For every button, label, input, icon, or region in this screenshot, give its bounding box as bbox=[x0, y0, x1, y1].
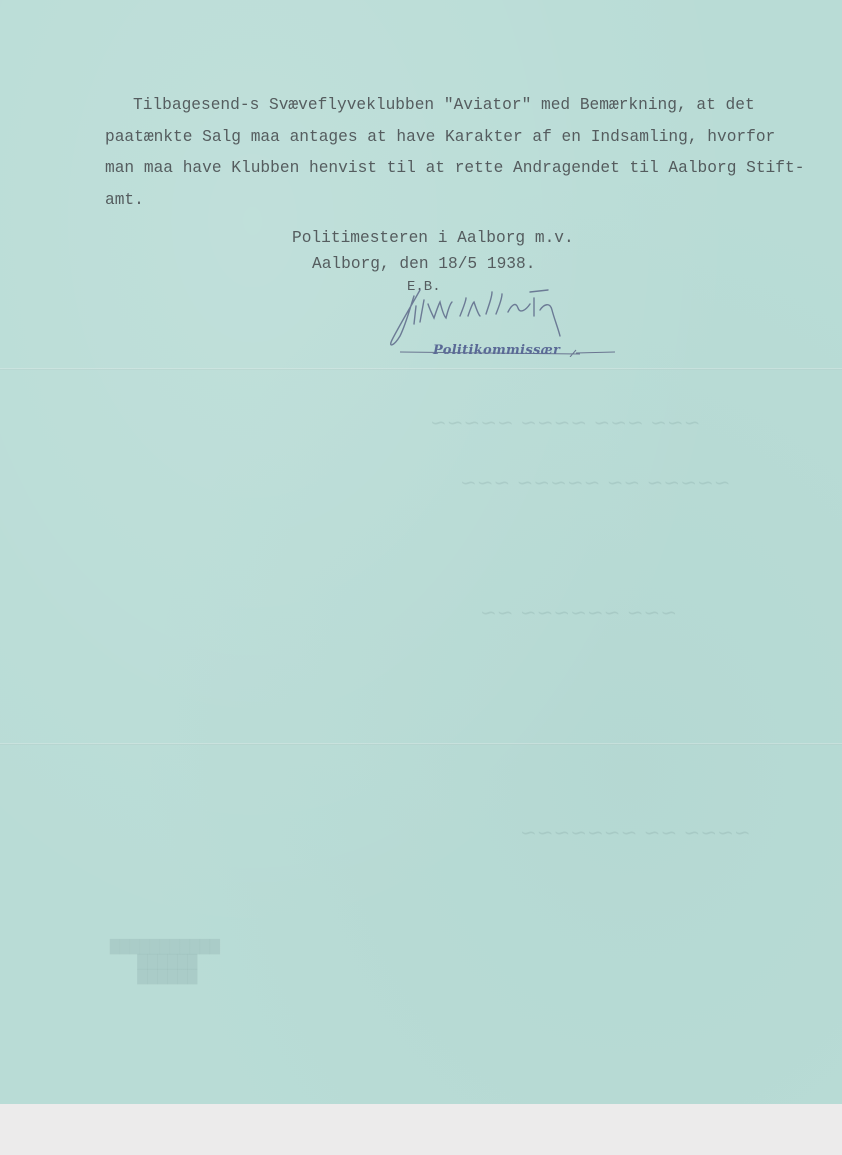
bleed-through-text: ~~~ ~~~ ~~~~ ~~~~~ bbox=[430, 410, 713, 434]
letter-paper: ~~~ ~~~ ~~~~ ~~~~~ ~~~~~ ~~ ~~~~~ ~~~ ~~… bbox=[0, 0, 842, 1104]
body-line-1: Tilbagesend-s Svæveflyveklubben "Aviator… bbox=[133, 97, 755, 113]
bleed-through-text: ~~~ ~~~~~~ ~~ bbox=[480, 600, 677, 624]
body-line-4: amt. bbox=[105, 192, 144, 208]
bleed-through-text: ~~~~~ ~~ ~~~~~ ~~~ bbox=[460, 470, 730, 494]
body-line-3: man maa have Klubben henvist til at rett… bbox=[105, 160, 804, 176]
body-line-2: paatænkte Salg maa antages at have Karak… bbox=[105, 129, 775, 145]
place-date-line: Aalborg, den 18/5 1938. bbox=[312, 256, 535, 272]
fold-line-upper bbox=[0, 368, 842, 370]
title-stamp: Politikommissær bbox=[433, 343, 560, 358]
sender-line: Politimesteren i Aalborg m.v. bbox=[292, 230, 574, 246]
bleed-through-stamp: ███████████ ██████ ██████ bbox=[110, 940, 220, 985]
fold-line-lower bbox=[0, 743, 842, 745]
bleed-through-text: ~~~~ ~~ ~~~~~~~ bbox=[520, 820, 751, 844]
